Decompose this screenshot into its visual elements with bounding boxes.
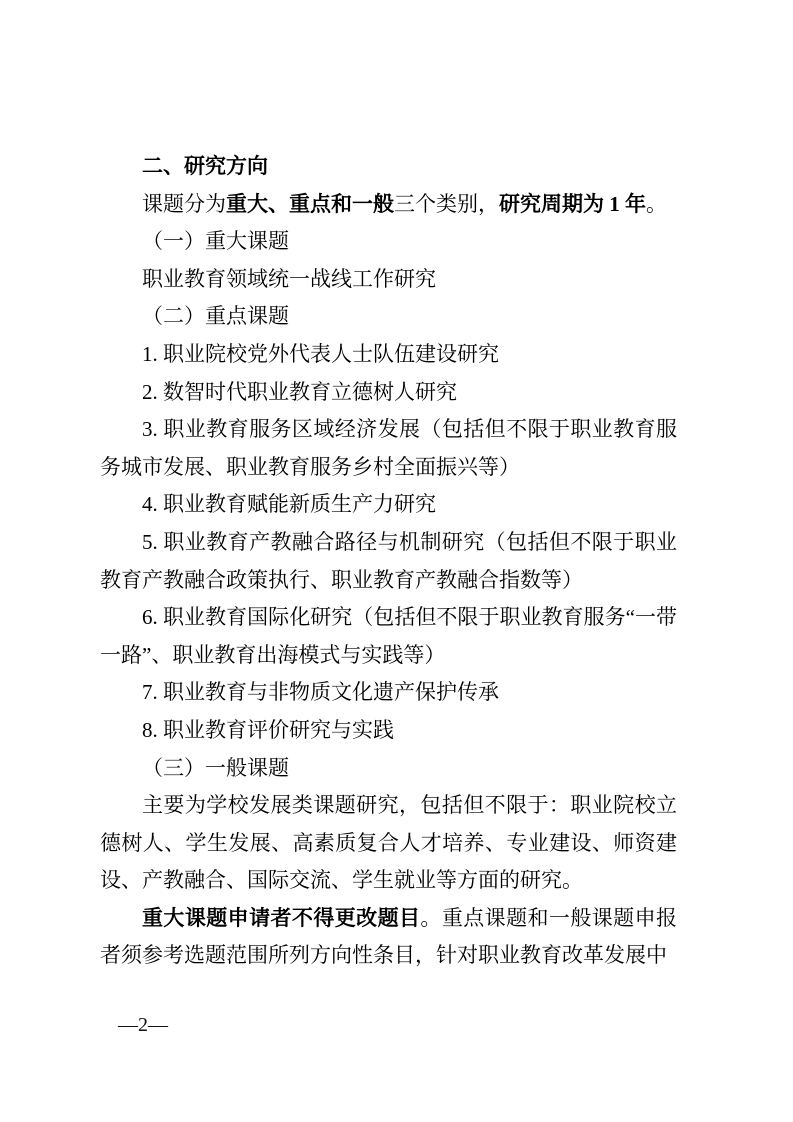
bold-text-run: 重大课题申请者不得更改题目	[142, 906, 420, 930]
subsection-heading-key: （二）重点课题	[100, 298, 677, 336]
application-rule-paragraph: 重大课题申请者不得更改题目。重点课题和一般课题申报者须参考选题范围所列方向性条目…	[100, 900, 677, 975]
major-topic: 职业教育领域统一战线工作研究	[100, 261, 677, 299]
document-page: 二、研究方向课题分为重大、重点和一般三个类别，研究周期为 1 年。（一）重大课题…	[0, 0, 793, 1122]
key-topic-1: 1. 职业院校党外代表人士队伍建设研究	[100, 336, 677, 374]
text-run: 2. 数智时代职业教育立德树人研究	[142, 380, 457, 404]
key-topic-3: 3. 职业教育服务区域经济发展（包括但不限于职业教育服务城市发展、职业教育服务乡…	[100, 411, 677, 486]
text-run: 4. 职业教育赋能新质生产力研究	[142, 492, 436, 516]
text-run: 课题分为	[142, 192, 226, 216]
section-heading: 二、研究方向	[100, 148, 677, 186]
text-run: 3. 职业教育服务区域经济发展（包括但不限于职业教育服务城市发展、职业教育服务乡…	[100, 417, 677, 479]
key-topic-8: 8. 职业教育评价研究与实践	[100, 712, 677, 750]
key-topic-2: 2. 数智时代职业教育立德树人研究	[100, 374, 677, 412]
subsection-heading-general: （三）一般课题	[100, 750, 677, 788]
bold-text-run: 重大、重点和一般	[226, 192, 394, 216]
subsection-heading-major: （一）重大课题	[100, 223, 677, 261]
text-run: 职业教育领域统一战线工作研究	[142, 267, 436, 291]
text-run: 5. 职业教育产教融合路径与机制研究（包括但不限于职业教育产教融合政策执行、职业…	[100, 530, 677, 592]
text-run: 7. 职业教育与非物质文化遗产保护传承	[142, 680, 499, 704]
key-topic-6: 6. 职业教育国际化研究（包括但不限于职业教育服务“一带一路”、职业教育出海模式…	[100, 599, 677, 674]
text-run: 主要为学校发展类课题研究，包括但不限于：职业院校立德树人、学生发展、高素质复合人…	[100, 793, 677, 892]
text-run: 三个类别，	[394, 192, 499, 216]
text-run: （二）重点课题	[142, 304, 289, 328]
general-topic-description: 主要为学校发展类课题研究，包括但不限于：职业院校立德树人、学生发展、高素质复合人…	[100, 787, 677, 900]
key-topic-5: 5. 职业教育产教融合路径与机制研究（包括但不限于职业教育产教融合政策执行、职业…	[100, 524, 677, 599]
text-run: 。	[646, 192, 667, 216]
bold-text-run: 二、研究方向	[142, 155, 268, 178]
text-run: 6. 职业教育国际化研究（包括但不限于职业教育服务“一带一路”、职业教育出海模式…	[100, 605, 677, 667]
document-body: 二、研究方向课题分为重大、重点和一般三个类别，研究周期为 1 年。（一）重大课题…	[100, 148, 677, 975]
page-number: —2—	[118, 1012, 168, 1038]
key-topic-7: 7. 职业教育与非物质文化遗产保护传承	[100, 674, 677, 712]
bold-text-run: 研究周期为 1 年	[499, 192, 646, 216]
text-run: （一）重大课题	[142, 229, 289, 253]
text-run: 1. 职业院校党外代表人士队伍建设研究	[142, 342, 499, 366]
text-run: 8. 职业教育评价研究与实践	[142, 718, 394, 742]
text-run: （三）一般课题	[142, 756, 289, 780]
intro-paragraph: 课题分为重大、重点和一般三个类别，研究周期为 1 年。	[100, 186, 677, 224]
key-topic-4: 4. 职业教育赋能新质生产力研究	[100, 486, 677, 524]
